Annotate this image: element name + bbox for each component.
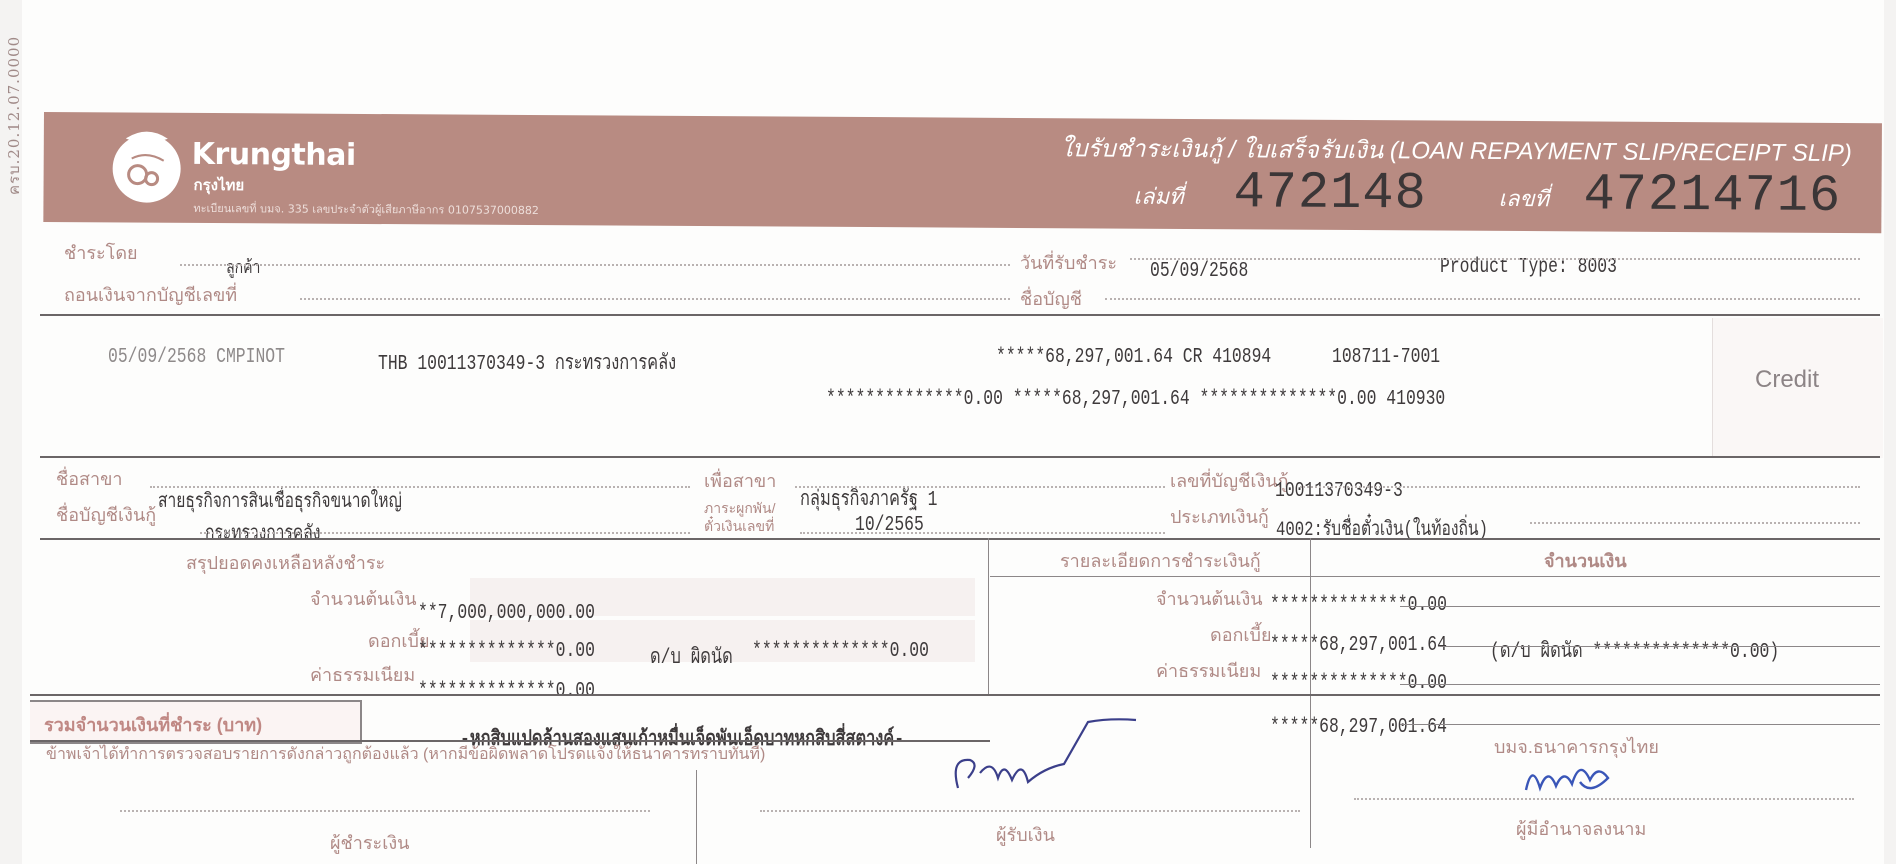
divider <box>40 314 1880 316</box>
payment-date-label: วันที่รับชำระ <box>1020 248 1117 277</box>
amount-header: จำนวนเงิน <box>1544 546 1627 575</box>
loan-type-label: ประเภทเงินกู้ <box>1170 502 1269 531</box>
paid-by-value: ลูกค้า <box>226 252 260 281</box>
txn-date-code: 05/09/2568 CMPINOT <box>108 346 285 369</box>
balance-fee-label: ค่าธรรมเนียม <box>310 660 415 689</box>
balance-principal: **7,000,000,000.00 <box>418 602 595 625</box>
total-label-box: รวมจำนวนเงินที่ชำระ (บาท) <box>30 700 362 744</box>
total-amount: *****68,297,001.64 <box>1270 716 1447 739</box>
branch-name-line <box>150 486 690 488</box>
paid-by-line <box>180 264 1010 266</box>
payer-signature-label: ผู้ชำระเงิน <box>330 828 409 857</box>
form-code: ครบ.20.12.07.0000 <box>2 20 32 210</box>
credit-box: Credit <box>1712 318 1883 458</box>
txn-balances: **************0.00 *****68,297,001.64 **… <box>826 388 1445 411</box>
authorized-signature-line <box>1354 798 1854 800</box>
txn-account: THB 10011370349-3 กระทรวงการคลัง <box>378 346 676 379</box>
column-divider <box>988 538 989 694</box>
payer-signature-line <box>120 810 650 812</box>
receiver-signature-line <box>760 810 1300 812</box>
confirmation-notice: ข้าพเจ้าได้ทำการตรวจสอบรายการดังกล่าวถูก… <box>46 742 765 767</box>
withdraw-from-line <box>300 298 1010 300</box>
authorized-signature-icon <box>1520 752 1630 796</box>
registration-line: ทะเบียนเลขที่ บมจ. 335 เลขประจำตัวผู้เสี… <box>193 199 539 219</box>
branch-name-label: ชื่อสาขา <box>56 464 123 493</box>
receiver-signature-label: ผู้รับเงิน <box>996 820 1055 849</box>
divider <box>1400 684 1880 685</box>
for-branch-label: เพื่อสาขา <box>704 466 776 495</box>
for-branch-line <box>795 486 1165 488</box>
book-label: เล่มที่ <box>1133 179 1183 214</box>
loan-account-no: 10011370349-3 <box>1275 480 1403 503</box>
payment-detail-title: รายละเอียดการชำระเงินกู้ <box>1060 546 1261 575</box>
book-number: 472148 <box>1233 163 1427 223</box>
balance-overdue-label: ด/บ ผิดนัด <box>650 640 733 673</box>
balance-fee: **************0.00 <box>418 680 595 703</box>
loan-account-no-line <box>1300 486 1860 488</box>
total-label: รวมจำนวนเงินที่ชำระ (บาท) <box>44 710 262 739</box>
paid-interest-label: ดอกเบี้ย <box>1210 620 1272 649</box>
txn-amount-cr: *****68,297,001.64 CR 410894 <box>996 346 1271 369</box>
credit-label: Credit <box>1755 366 1819 394</box>
paid-fee-label: ค่าธรรมเนียม <box>1156 656 1261 685</box>
column-divider <box>696 770 697 864</box>
divider <box>1400 606 1880 607</box>
withdraw-from-label: ถอนเงินจากบัญชีเลขที่ <box>64 280 237 309</box>
obligation-line <box>800 532 1165 534</box>
loan-account-name-label: ชื่อบัญชีเงินกู้ <box>56 500 156 529</box>
divider <box>40 456 1880 458</box>
krungthai-logo-icon <box>105 124 187 206</box>
balance-summary-title: สรุปยอดคงเหลือหลังชำระ <box>186 548 385 577</box>
account-name-label: ชื่อบัญชี <box>1020 284 1082 313</box>
slip-number-label: เลขที่ <box>1498 181 1549 216</box>
header-banner: Krungthai กรุงไทย ทะเบียนเลขที่ บมจ. 335… <box>43 112 1882 233</box>
paid-interest: *****68,297,001.64 <box>1270 634 1447 657</box>
payment-date-line <box>1130 258 1860 260</box>
loan-account-no-label: เลขที่บัญชีเงินกู้ <box>1170 466 1288 495</box>
divider <box>1400 724 1880 725</box>
slip-number: 47214716 <box>1583 165 1841 226</box>
payment-date: 05/09/2568 <box>1150 260 1248 283</box>
receiver-signature-icon <box>940 718 1200 798</box>
divider <box>30 694 1880 696</box>
divider <box>1440 646 1880 647</box>
txn-reference: 108711-7001 <box>1332 346 1440 369</box>
loan-account-name-line <box>200 532 690 534</box>
paid-interest-note: (ด/บ ผิดนัด **************0.00) <box>1490 634 1779 667</box>
paid-by-label: ชำระโดย <box>64 238 138 267</box>
balance-overdue: **************0.00 <box>752 640 929 663</box>
divider <box>40 538 1880 540</box>
balance-principal-label: จำนวนต้นเงิน <box>310 584 417 613</box>
balance-interest: **************0.00 <box>418 640 595 663</box>
paid-principal-label: จำนวนต้นเงิน <box>1156 584 1263 613</box>
loan-type-line <box>1530 522 1860 524</box>
authorized-signature-label: ผู้มีอำนาจลงนาม <box>1516 814 1646 843</box>
brand-name-th: กรุงไทย <box>193 173 244 197</box>
divider <box>990 576 1880 577</box>
bill-number-label: ตั๋วเงินเลขที่ <box>704 516 774 538</box>
account-name-line <box>1105 298 1860 300</box>
branch-name: สายธุรกิจการสินเชื่อธุรกิจขนาดใหญ่ <box>158 484 402 516</box>
brand-name-en: Krungthai <box>192 137 356 173</box>
